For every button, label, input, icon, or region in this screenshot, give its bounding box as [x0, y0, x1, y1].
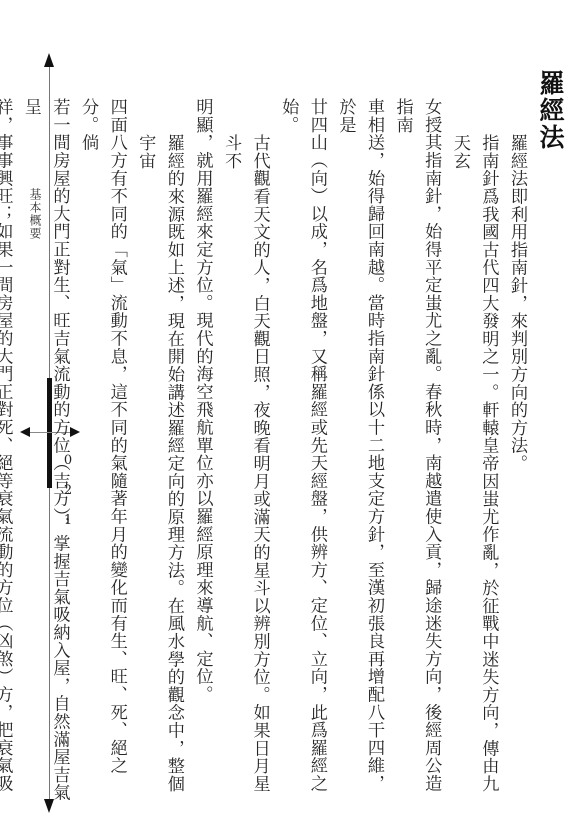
- text-column: 指南針爲我國古代四大發明之一。軒轅皇帝因蚩尤作亂，於征戰中迷失方向，傳由九天玄: [445, 98, 502, 808]
- text-column: 四面八方有不同的「氣」流動不息，這不同的氣隨著年月的變化而有生、旺、死、絕之分。…: [74, 98, 131, 808]
- arrow-up-icon: [44, 53, 54, 67]
- body-text: 羅經法即利用指南針，來判別方向的方法。 指南針爲我國古代四大發明之一。軒轅皇帝因…: [0, 98, 531, 808]
- text-column: 女授其指南針，始得平定蚩尤之亂。春秋時，南越遣使入貢，歸途迷失方向，後經周公造指…: [388, 98, 445, 808]
- text-column: 羅經法即利用指南針，來判別方向的方法。: [502, 98, 531, 808]
- text-column: 古代觀看天文的人，白天觀日照，夜晚看明月或滿天的星斗以辨別方位。如果日月星斗不: [216, 98, 273, 808]
- text-column: 廿四山（向）以成，名爲地盤，又稱羅經或先天經盤，供辨方、定位、立向，此爲羅經之始…: [274, 98, 331, 808]
- text-column: 車相送，始得歸回南越。當時指南針係以十二地支定方針，至漢初張良再增配八干四維，於…: [331, 98, 388, 808]
- text-column: 羅經的來源既如上述，現在開始講述羅經定向的原理方法。在風水學的觀念中，整個宇宙: [131, 98, 188, 808]
- page-title: 羅經法: [532, 70, 568, 151]
- text-column: 若一間房屋的大門正對生、旺吉氣流動的方位（吉方），掌握吉氣吸納入屋，自然滿屋吉氣…: [16, 98, 73, 808]
- text-column: 祥，事事興旺；如果一間房屋的大門正對死、絕等衰氣流動的方位（凶煞）方，把衰氣吸納…: [0, 98, 16, 808]
- text-column: 明顯，就用羅經來定方位。現代的海空飛航單位亦以羅經原理來導航、定位。: [188, 98, 217, 808]
